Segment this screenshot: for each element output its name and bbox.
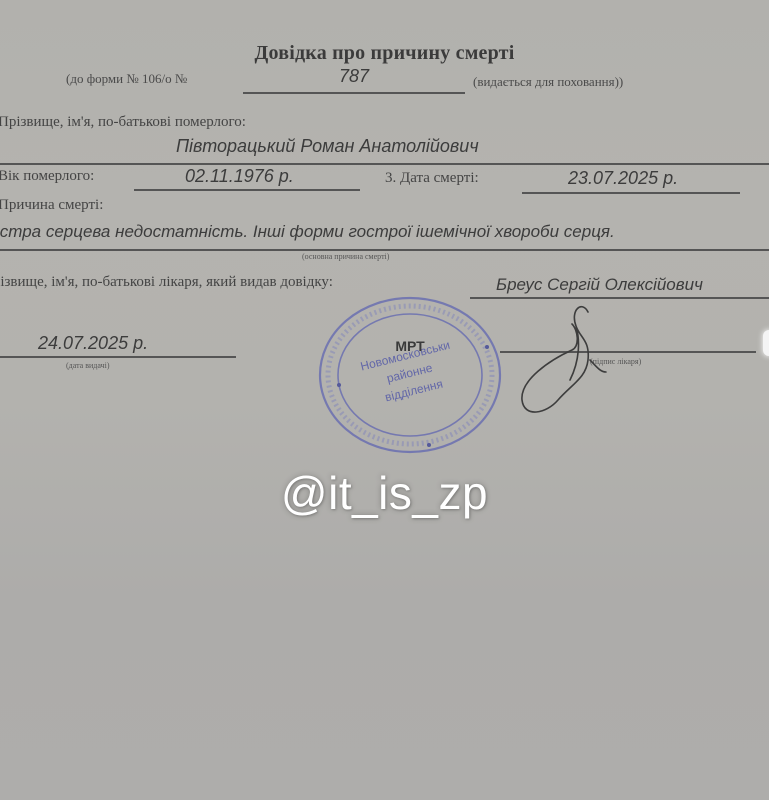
official-stamp-icon: Новомосковськи районне відділення МРТ [317, 295, 503, 455]
form-number: 787 [243, 66, 465, 87]
edge-highlight [763, 330, 769, 356]
cause-caption: (основна причина смерті) [302, 252, 389, 261]
birth-date: 02.11.1976 р. [185, 166, 294, 187]
birth-date-underline [134, 189, 360, 191]
deceased-name-underline [0, 163, 769, 165]
doctor-label: Прізвище, ім'я, по-батькові лікаря, який… [0, 274, 333, 291]
cause-label: Причина смерті: [0, 197, 103, 214]
doctor-name-underline [470, 297, 769, 299]
deceased-name: Півторацький Роман Анатолійович [176, 136, 479, 157]
issue-date-underline [0, 356, 236, 358]
age-label: Вік померлого: [0, 168, 94, 185]
doctor-name: Бреус Сергій Олексійович [496, 275, 703, 295]
form-ref-prefix: (до форми № 106/о № [66, 71, 187, 87]
stamp-center-label: МРТ [395, 338, 425, 354]
form-number-underline [243, 92, 465, 94]
issue-date: 24.07.2025 р. [38, 333, 148, 354]
issue-date-caption: (дата видачі) [66, 361, 110, 370]
deceased-name-label: Прізвище, ім'я, по-батькові померлого: [0, 114, 246, 131]
cause-underline [0, 249, 769, 251]
cause-of-death: Гостра серцева недостатність. Інші форми… [0, 222, 615, 242]
document-title: Довідка про причину смерті [0, 42, 769, 65]
death-date-label: 3. Дата смерті: [385, 170, 479, 187]
doctor-signature-icon [510, 300, 610, 420]
watermark-handle: @it_is_zp [0, 466, 769, 520]
death-date-underline [522, 192, 740, 194]
form-ref-suffix: (видається для поховання)) [473, 74, 623, 90]
death-certificate-document: Довідка про причину смерті (до форми № 1… [0, 0, 769, 800]
death-date: 23.07.2025 р. [568, 168, 678, 189]
